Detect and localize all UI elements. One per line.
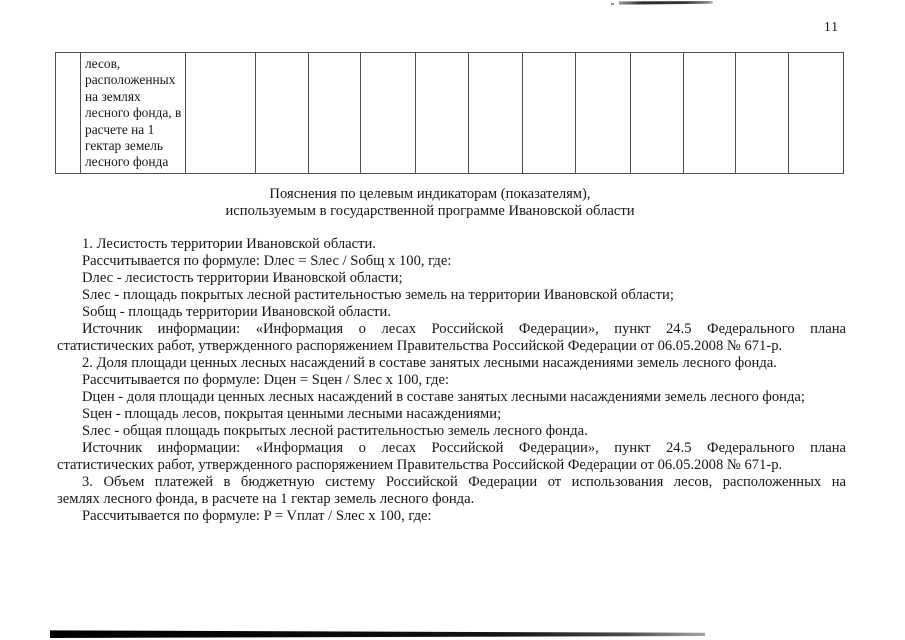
table-cell — [186, 53, 256, 174]
table-row: лесов, расположенных на землях лесного ф… — [56, 53, 844, 174]
body-line: Рассчитывается по формуле: Dцен = Sцен /… — [57, 372, 846, 389]
body-line: Sлес - площадь покрытых лесной раститель… — [57, 287, 846, 304]
table-cell — [469, 53, 523, 174]
scan-artifact-top — [619, 1, 713, 5]
section-heading-line2: используемым в государственной программе… — [57, 203, 803, 220]
table-cell — [256, 53, 309, 174]
body-line: Рассчитывается по формуле: P = Vплат / S… — [57, 508, 846, 525]
body-text: 1. Лесистость территории Ивановской обла… — [57, 236, 846, 525]
table-cell — [736, 53, 789, 174]
table-cell-indicator-text: лесов, расположенных на землях лесного ф… — [81, 53, 186, 174]
body-line: Sлес - общая площадь покрытых лесной рас… — [57, 423, 846, 440]
body-line: статистических работ, утвержденного расп… — [57, 338, 846, 355]
table-cell — [56, 53, 81, 174]
table-cell — [523, 53, 576, 174]
table-cell — [684, 53, 736, 174]
body-line: 3. Объем платежей в бюджетную систему Ро… — [57, 474, 846, 491]
body-line: Sцен - площадь лесов, покрытая ценными л… — [57, 406, 846, 423]
section-heading: Пояснения по целевым индикаторам (показа… — [57, 186, 803, 220]
body-line: Рассчитывается по формуле: Dлес = Sлес /… — [57, 253, 846, 270]
body-line: Sобщ - площадь территории Ивановской обл… — [57, 304, 846, 321]
table-cell — [631, 53, 684, 174]
body-line: Источник информации: «Информация о лесах… — [57, 440, 846, 457]
body-line: 2. Доля площади ценных лесных насаждений… — [57, 355, 846, 372]
page-number: 11 — [824, 19, 839, 35]
body-line: землях лесного фонда, в расчете на 1 гек… — [57, 491, 846, 508]
scan-artifact-top-dot — [611, 3, 614, 5]
table-cell — [789, 53, 844, 174]
body-line: Источник информации: «Информация о лесах… — [57, 321, 846, 338]
body-line: 1. Лесистость территории Ивановской обла… — [57, 236, 846, 253]
body-line: Dлес - лесистость территории Ивановской … — [57, 270, 846, 287]
body-line: Dцен - доля площади ценных лесных насажд… — [57, 389, 846, 406]
table-cell — [576, 53, 631, 174]
scanned-document-page: 11 лесов, расположенных на землях лесног… — [0, 0, 905, 640]
body-line: статистических работ, утвержденного расп… — [57, 457, 846, 474]
section-heading-line1: Пояснения по целевым индикаторам (показа… — [57, 186, 803, 203]
scan-artifact-bottom — [50, 630, 705, 638]
table-cell — [361, 53, 416, 174]
table-cell — [309, 53, 361, 174]
table-cell — [416, 53, 469, 174]
table-fragment: лесов, расположенных на землях лесного ф… — [55, 52, 844, 174]
